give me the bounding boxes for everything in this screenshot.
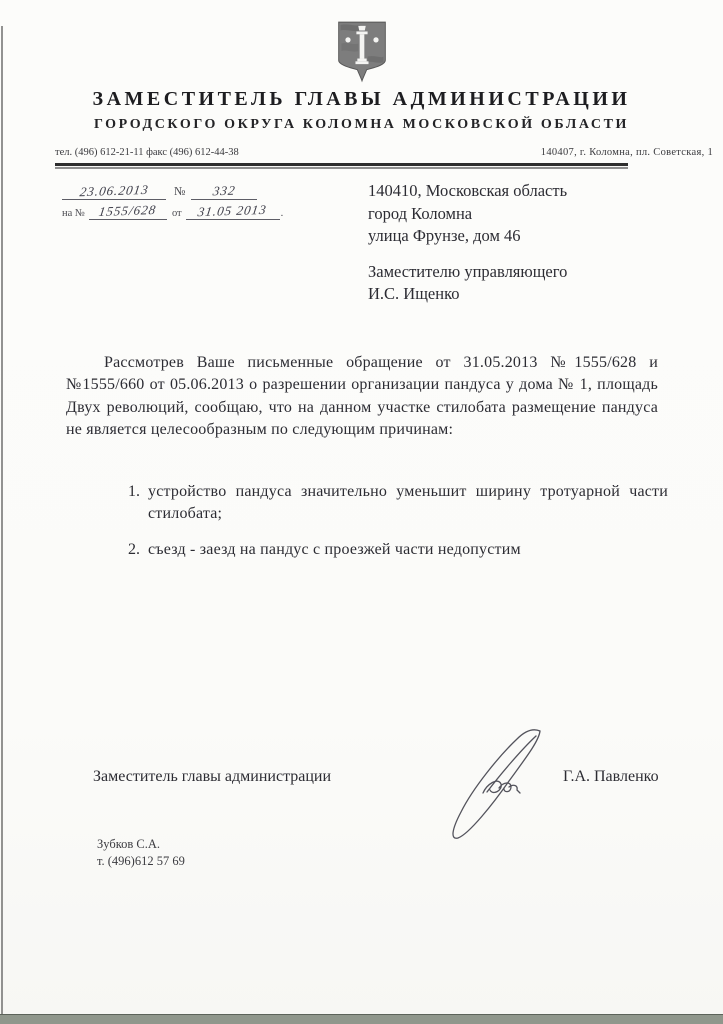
list-item-marker: 2. bbox=[128, 539, 148, 561]
scan-left-edge-line bbox=[1, 26, 3, 1016]
scan-bottom-bar bbox=[0, 1014, 723, 1024]
kolomna-coat-of-arms-icon bbox=[334, 19, 390, 85]
letterhead-title-line2: ГОРОДСКОГО ОКРУГА КОЛОМНА МОСКОВСКОЙ ОБЛ… bbox=[0, 117, 723, 133]
reasons-list: 1. устройство пандуса значительно уменьш… bbox=[128, 481, 668, 574]
signature-scribble-icon bbox=[437, 726, 562, 844]
incoming-date-handwriting: 31.05 2013 bbox=[197, 202, 268, 220]
incoming-number-field: 1555/628 bbox=[89, 203, 167, 220]
recipient-block: 140410, Московская область город Коломна… bbox=[368, 180, 567, 306]
recipient-address-line1: 140410, Московская область bbox=[368, 180, 567, 203]
phone-fax-text: тел. (496) 612-21-11 факс (496) 612-44-3… bbox=[55, 147, 239, 158]
list-item-marker: 1. bbox=[128, 481, 148, 526]
body-paragraph: Рассмотрев Ваше письменные обращение от … bbox=[66, 352, 658, 442]
incoming-label: на № bbox=[62, 208, 89, 220]
executor-phone: т. (496)612 57 69 bbox=[97, 853, 185, 870]
addressee-name: И.С. Ищенко bbox=[368, 283, 567, 306]
executor-block: Зубков С.А. т. (496)612 57 69 bbox=[97, 836, 185, 870]
list-item-text: устройство пандуса значительно уменьшит … bbox=[148, 481, 668, 526]
recipient-address-line2: город Коломна bbox=[368, 203, 567, 226]
outgoing-number-field: 332 bbox=[191, 183, 257, 200]
letterhead-divider-rule bbox=[55, 163, 628, 170]
list-item: 1. устройство пандуса значительно уменьш… bbox=[128, 481, 668, 526]
outgoing-date-field: 23.06.2013 bbox=[62, 183, 166, 200]
recipient-address-line3: улица Фрунзе, дом 46 bbox=[368, 225, 567, 248]
signer-position-title: Заместитель главы администрации bbox=[93, 768, 331, 786]
scanned-letter-page: ЗАМЕСТИТЕЛЬ ГЛАВЫ АДМИНИСТРАЦИИ ГОРОДСКО… bbox=[0, 0, 723, 1024]
from-label: от bbox=[167, 208, 186, 220]
postal-address-text: 140407, г. Коломна, пл. Советская, 1 bbox=[541, 147, 713, 158]
number-sign-label: № bbox=[166, 184, 191, 200]
list-item-text: съезд - заезд на пандус с проезжей части… bbox=[148, 539, 668, 561]
incoming-number-handwriting: 1555/628 bbox=[98, 202, 158, 220]
executor-name: Зубков С.А. bbox=[97, 836, 185, 853]
reference-block: 23.06.2013 № 332 на № 1555/628 от 31.05 … bbox=[62, 183, 312, 223]
incoming-date-field: 31.05 2013 bbox=[186, 203, 280, 220]
outgoing-reference-line: 23.06.2013 № 332 bbox=[62, 183, 312, 200]
reference-period: . bbox=[280, 208, 284, 220]
letterhead-titles: ЗАМЕСТИТЕЛЬ ГЛАВЫ АДМИНИСТРАЦИИ ГОРОДСКО… bbox=[0, 88, 723, 133]
outgoing-date-handwriting: 23.06.2013 bbox=[78, 182, 149, 200]
letterhead-contacts-row: тел. (496) 612-21-11 факс (496) 612-44-3… bbox=[55, 147, 713, 158]
list-item: 2. съезд - заезд на пандус с проезжей ча… bbox=[128, 539, 668, 561]
letterhead-title-line1: ЗАМЕСТИТЕЛЬ ГЛАВЫ АДМИНИСТРАЦИИ bbox=[0, 88, 723, 111]
outgoing-number-handwriting: 332 bbox=[212, 183, 237, 200]
signer-name: Г.А. Павленко bbox=[563, 768, 659, 786]
incoming-reference-line: на № 1555/628 от 31.05 2013 . bbox=[62, 203, 312, 220]
addressee-position: Заместителю управляющего bbox=[368, 261, 567, 284]
